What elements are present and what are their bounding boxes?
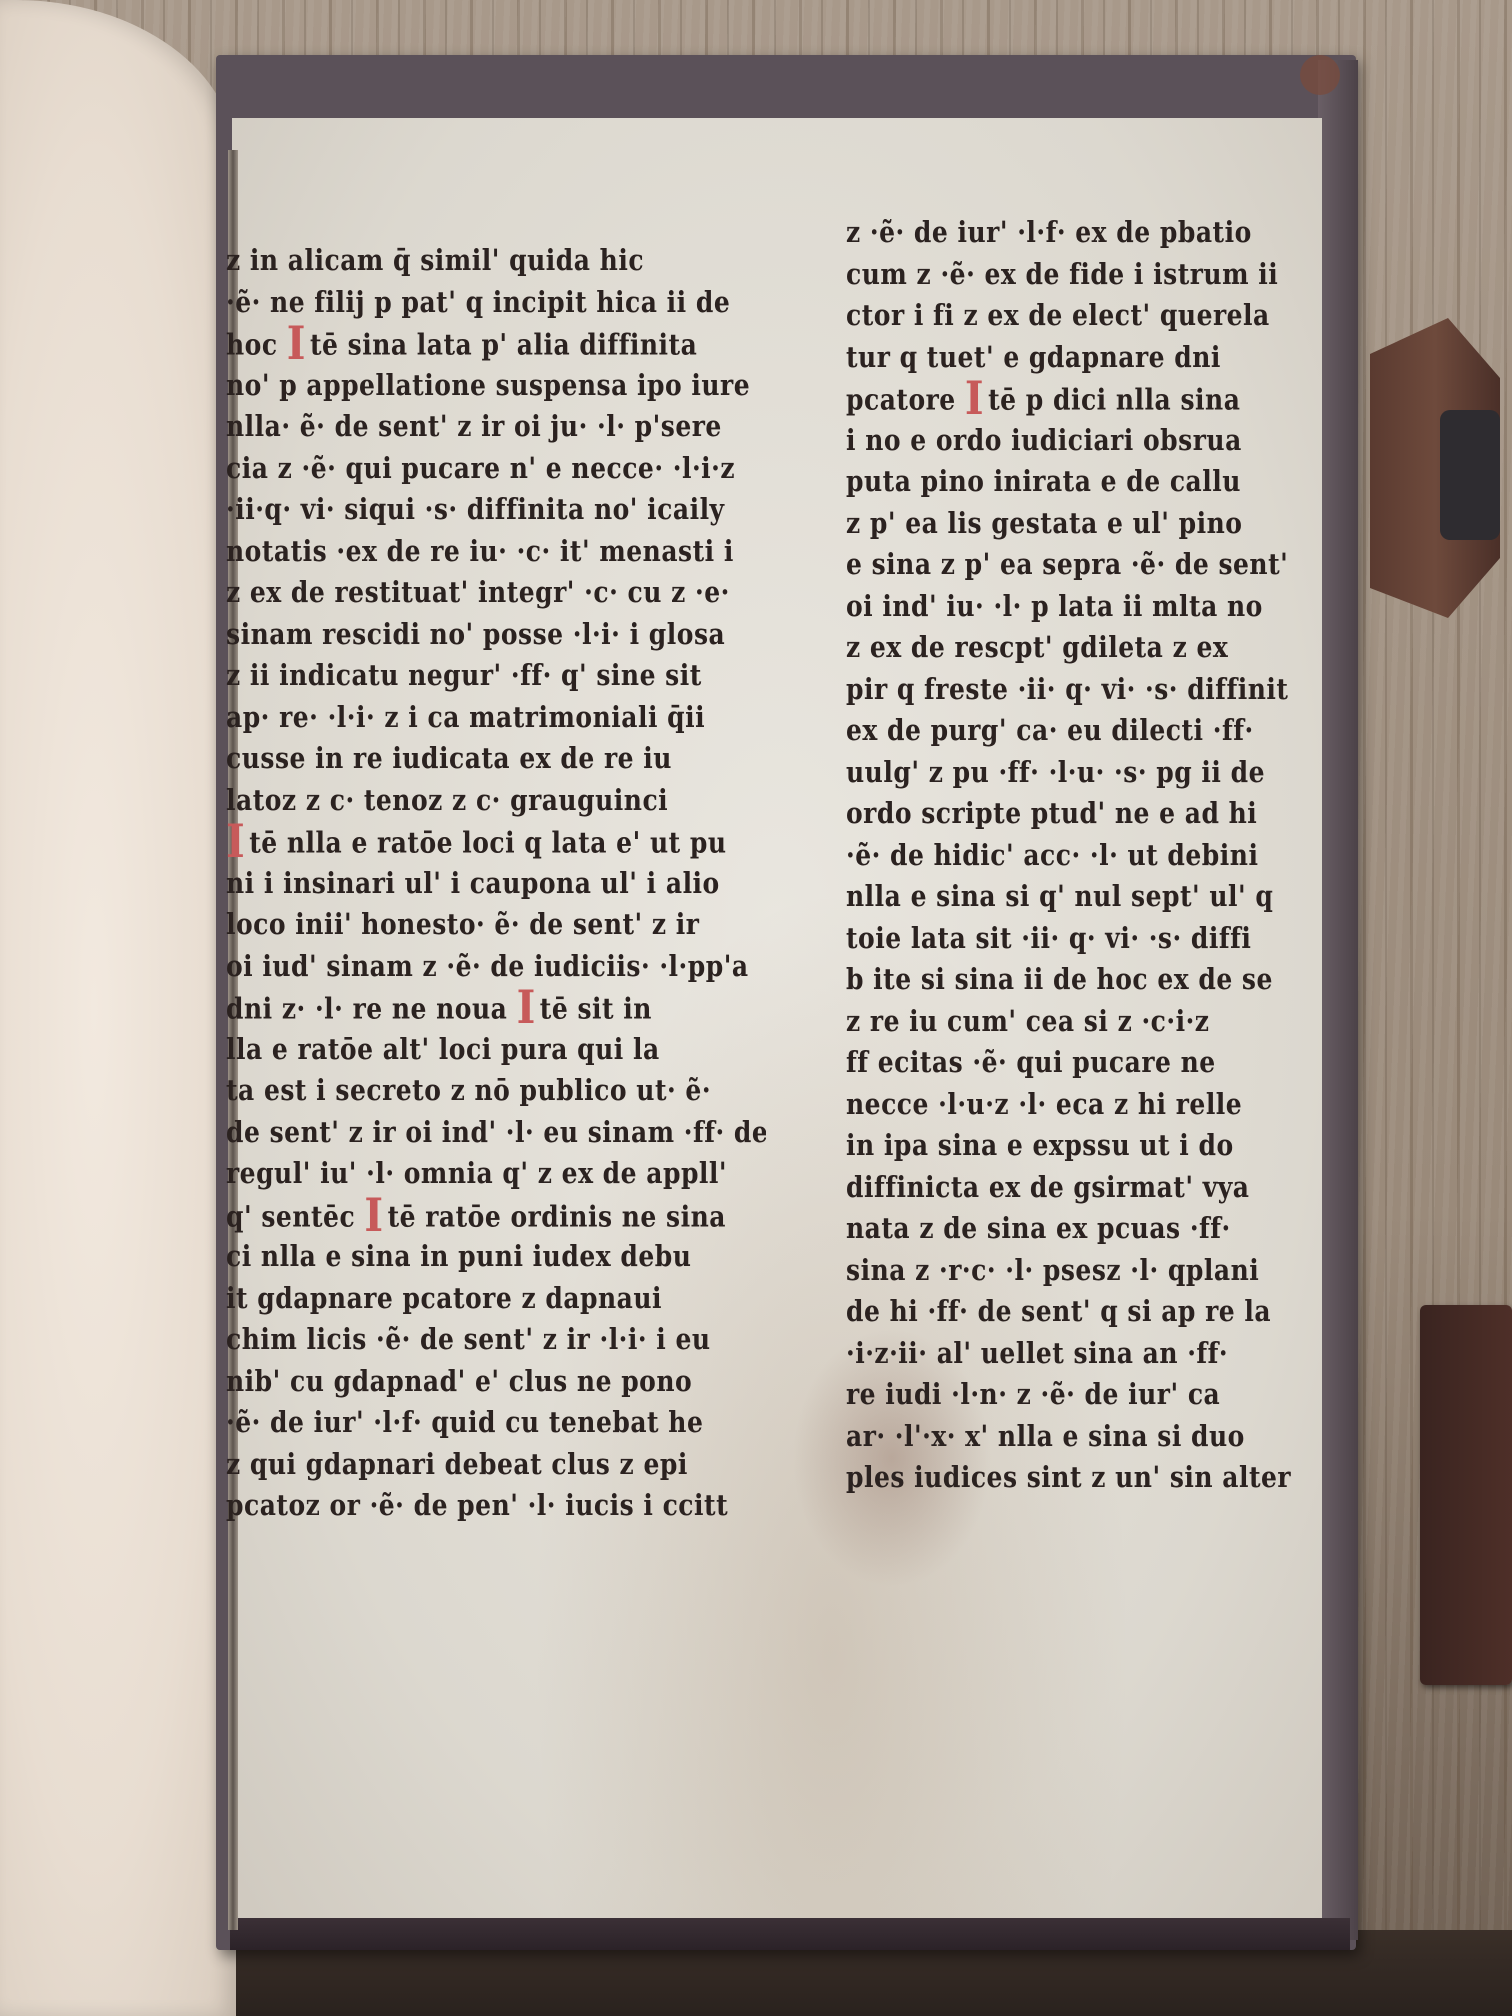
manuscript-line: Itē nlla e ratōe loci q lata e' ut pu <box>226 818 766 866</box>
manuscript-line: nata z de sina ex pcuas ·ff· <box>846 1205 1366 1253</box>
manuscript-line: ordo scripte ptud' ne e ad hi <box>846 790 1366 838</box>
line-text: hoc <box>226 328 287 361</box>
rubricated-initial: I <box>965 375 984 423</box>
manuscript-line: ·ii·q· vi· siqui ·s· diffinita no' icail… <box>226 486 766 534</box>
line-text: tē nlla e ratōe loci q lata e' ut pu <box>249 826 726 859</box>
manuscript-line: ·ẽ· de iur' ·l·f· quid cu tenebat he <box>226 1399 766 1447</box>
clasp-metal-catch <box>1440 410 1500 540</box>
manuscript-line: nlla e sina si q' nul sept' ul' q <box>846 873 1366 921</box>
manuscript-line: z ii indicatu negur' ·ff· q' sine sit <box>226 652 766 700</box>
manuscript-line: ff ecitas ·ẽ· qui pucare ne <box>846 1039 1366 1087</box>
manuscript-line: b ite si sina ii de hoc ex de se <box>846 956 1366 1004</box>
manuscript-line: de hi ·ff· de sent' q si ap re la <box>846 1288 1366 1336</box>
manuscript-line: puta pino inirata e de callu <box>846 458 1366 506</box>
manuscript-line: z ex de rescpt' gdileta z ex <box>846 624 1366 672</box>
flyleaf-page-left <box>0 0 236 2016</box>
manuscript-line: regul' iu' ·l· omnia q' z ex de appll' <box>226 1150 766 1198</box>
rubricated-initial: I <box>517 984 536 1032</box>
manuscript-line: ci nlla e sina in puni iudex debu <box>226 1233 766 1281</box>
rubricated-initial: I <box>226 818 245 866</box>
manuscript-line: cusse in re iudicata ex de re iu <box>226 735 766 783</box>
cover-corner-wear <box>1300 55 1340 95</box>
line-text: tē sina lata p' alia diffinita <box>310 328 697 361</box>
line-text: q' sentēc <box>226 1199 364 1232</box>
leather-clasp-bottom <box>1420 1305 1512 1685</box>
manuscript-line: z in alicam q̄ simil' quida hic <box>226 237 766 285</box>
manuscript-line: ta est i secreto z nō publico ut· ẽ· <box>226 1067 766 1115</box>
line-text: pcatore <box>846 383 965 416</box>
manuscript-line: z ·ẽ· de iur' ·l·f· ex de pbatio <box>846 209 1366 257</box>
manuscript-column-left: z in alicam q̄ simil' quida hic·ẽ· ne fi… <box>226 240 766 1527</box>
manuscript-line: dni z· ·l· re ne noua Itē sit in <box>226 984 766 1032</box>
line-text: tē sit in <box>540 992 652 1025</box>
rubricated-initial: I <box>287 320 306 368</box>
manuscript-line: nlla· ẽ· de sent' z ir oi ju· ·l· p'sere <box>226 403 766 451</box>
manuscript-line: z ex de restituat' integr' ·c· cu z ·e· <box>226 569 766 617</box>
manuscript-line: e sina z p' ea sepra ·ẽ· de sent' <box>846 541 1366 589</box>
manuscript-line: hoc Itē sina lata p' alia diffinita <box>226 320 766 368</box>
manuscript-line: loco inii' honesto· ẽ· de sent' z ir <box>226 901 766 949</box>
cover-board-edge-bottom <box>230 1918 1350 1950</box>
line-text: tē p dici nlla sina <box>988 383 1240 416</box>
line-text: dni z· ·l· re ne noua <box>226 992 517 1025</box>
manuscript-line: pcatoz or ·ẽ· de pen' ·l· iucis i ccitt <box>226 1482 766 1530</box>
manuscript-line: ctor i fi z ex de elect' querela <box>846 292 1366 340</box>
manuscript-column-right: z ·ẽ· de iur' ·l·f· ex de pbatiocum z ·ẽ… <box>846 212 1366 1499</box>
manuscript-line: in ipa sina e expssu ut i do <box>846 1122 1366 1170</box>
manuscript-line: ex de purg' ca· eu dilecti ·ff· <box>846 707 1366 755</box>
manuscript-line: pcatore Itē p dici nlla sina <box>846 375 1366 423</box>
line-text: tē ratōe ordinis ne sina <box>388 1199 726 1232</box>
manuscript-line: ples iudices sint z un' sin alter <box>846 1454 1366 1502</box>
manuscript-line: re iudi ·l·n· z ·ẽ· de iur' ca <box>846 1371 1366 1419</box>
manuscript-line: chim licis ·ẽ· de sent' z ir ·l·i· i eu <box>226 1316 766 1364</box>
